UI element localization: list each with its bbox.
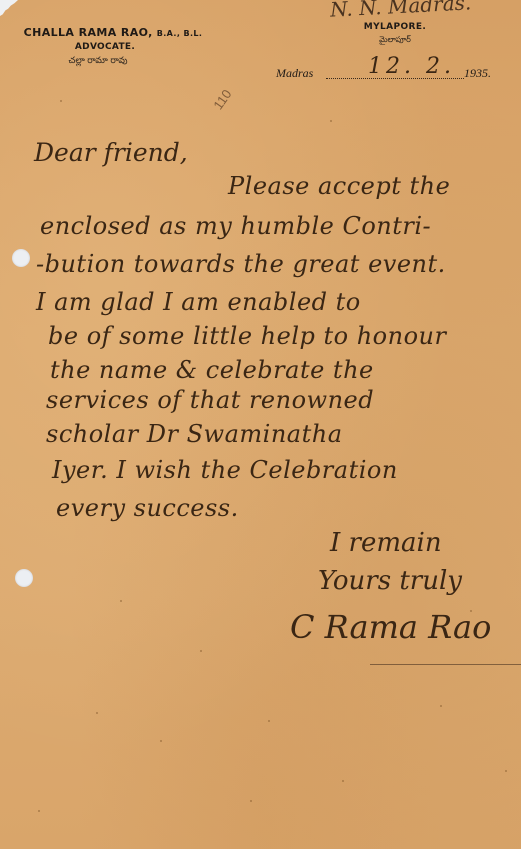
body-line: the name & celebrate the	[50, 356, 374, 384]
dateline-city: Madras	[276, 66, 313, 81]
body-line: services of that renowned	[46, 386, 374, 414]
body-line: every success.	[56, 494, 239, 522]
body-line: be of some little help to honour	[48, 322, 446, 350]
body-line: -bution towards the great event.	[36, 250, 446, 278]
body-line: enclosed as my humble Contri-	[40, 212, 431, 240]
punch-hole-top	[12, 249, 30, 267]
letterhead-place-telugu: మైలాపూర్	[340, 35, 450, 46]
closing-yours-truly: Yours truly	[318, 566, 462, 596]
letterhead-right: MYLAPORE. మైలాపూర్	[340, 22, 450, 46]
body-line: I am glad I am enabled to	[36, 288, 361, 316]
salutation: Dear friend,	[34, 138, 188, 167]
letterhead-name: CHALLA RAMA RAO,B.A., B.L.	[6, 26, 220, 39]
body-line: Iyer. I wish the Celebration	[52, 456, 398, 484]
signature: C Rama Rao	[290, 608, 491, 646]
letterhead-name-telugu: చల్లా రామా రావు	[0, 55, 220, 68]
letterhead-degrees: B.A., B.L.	[157, 29, 203, 38]
letterhead-left: CHALLA RAMA RAO,B.A., B.L. ADVOCATE. చల్…	[20, 26, 220, 68]
closing-remain: I remain	[330, 528, 442, 558]
letterhead-place: MYLAPORE.	[340, 22, 450, 32]
signature-rule	[370, 664, 521, 665]
body-line: Please accept the	[228, 172, 450, 200]
body-line: scholar Dr Swaminatha	[46, 420, 343, 448]
dateline: Madras 12. 2. 1935.	[276, 62, 506, 82]
dateline-year: 1935.	[464, 66, 491, 81]
letterhead-title: ADVOCATE.	[0, 42, 220, 52]
punch-hole-bottom	[15, 569, 33, 587]
dateline-date: 12. 2.	[368, 54, 455, 79]
